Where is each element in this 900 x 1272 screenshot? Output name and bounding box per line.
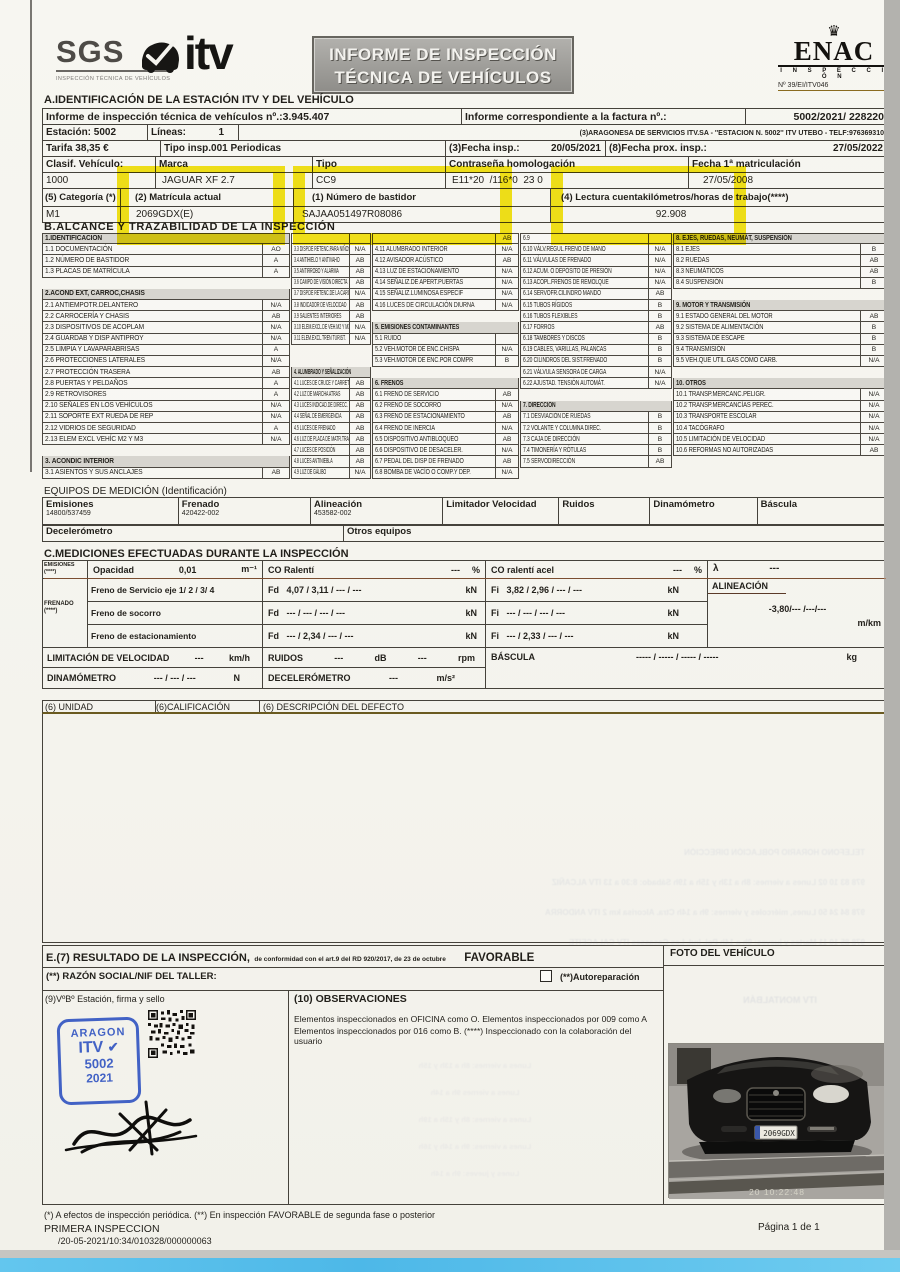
item-label: 3.6 CAMPO DE VISIÓN DIRECTA [294,279,347,286]
table-row: 2.4 GUARDAB Y DISP ANTIPROYN/A [42,334,290,345]
photo-plate-text: 2069GDX [763,1129,795,1138]
equipment-cell: Dinamómetro [649,497,757,526]
table-row: 3.9 SALIENTES INTERIORESAB [291,311,371,322]
ruidos-unit2: rpm [458,653,475,663]
table-row: 2.7 PROTECCIÓN TRASERAAB [42,367,290,378]
co-acel-value: --- [673,565,682,575]
item-result: N/A [648,367,672,378]
table-row: 1.3 PLACAS DE MATRÍCULAA [42,267,290,278]
bleedthrough-line: Lunes y jueves: 9h a 14h [300,1160,650,1187]
co-ralenti-value: --- [451,565,460,575]
spacer-row [673,289,888,300]
item-result: A [262,389,290,400]
spacer-row [673,456,888,467]
dinamometro-label: DINAMÓMETRO [47,673,116,683]
item-label: 6.5 DISPOSITIVO ANTIBLOQUEO [375,436,458,443]
table-row: 6.14 SERVOFR.CILINDRO MANDOAB [520,289,672,300]
freno-estacionamiento-fi-unit: kN [667,631,679,641]
invoice-label: Informe correspondiente a la factura nº.… [461,108,746,125]
co-acel-label: CO ralentí acel [491,565,554,575]
co-acel-cell: CO ralentí acel --- % [485,560,708,579]
defects-descripcion-header: (6) DESCRIPCIÓN DEL DEFECTO [260,701,887,712]
item-result: B [648,434,672,445]
item-label: 2.2 CARROCERÍA Y CHASIS [45,313,129,320]
equipment-id: 14800/537459 [46,510,175,517]
alineacion-value: -3,80/--- /---/--- [708,594,887,614]
lines-value: 1 [218,127,224,138]
item-label: 6.3 FRENO DE ESTACIONAMIENTO [375,413,465,420]
bleedthrough-line: Lunes a viernes: 8h y 15h a 19h [300,1106,650,1133]
table-row: 6.2 FRENO DE SOCORRON/A [372,401,519,412]
spacer-row [520,389,672,400]
station-number: Estación: 5002 [42,124,148,141]
table-row: 6.3 FRENO DE ESTACIONAMIENTOAB [372,412,519,423]
next-inspection-date-label: (8)Fecha prox. insp.: [609,143,707,154]
decelerometro-unit: m/s² [436,673,455,683]
table-row: 7.2 VOLANTE Y COLUMNA DIREC.B [520,423,672,434]
table-row: 1.2 NÚMERO DE BASTIDORA [42,255,290,266]
table-row: 3.7 DISP.DE RETENC.DE LA CARGAN/A [291,289,371,300]
item-result: N/A [349,334,371,345]
alineacion-label: ALINEACIÓN [708,579,786,594]
item-label: 4.7 LUCES DE POSICIÓN [294,447,335,454]
item-result: AB [495,434,519,445]
frenado-tag-stars: (****) [44,608,86,615]
section-e-hline1 [42,967,663,968]
ruidos-value1: --- [334,653,343,663]
table-row: 10.2 TRANSP.MERCANCÍAS PEREC.N/A [673,401,888,412]
observaciones-title: (10) OBSERVACIONES [294,993,407,1005]
item-result: N/A [262,334,290,345]
equipment-name: Dinamómetro [653,499,753,510]
footer-page-number: Página 1 de 1 [758,1222,820,1233]
item-group-title: 5. EMISIONES CONTAMINANTES [375,324,459,331]
table-row: 6.13 ACOPL.FRENOS DE REMOLQUEN/A [520,278,672,289]
table-row: 9.5 VEH.QUE UTIL.GAS COMO CARB.N/A [673,356,888,367]
enac-logo: ♛ ENAC I N S P E C C I Ó N Nº 39/EI/ITV0… [778,24,890,91]
spacer-row [42,278,290,289]
item-label: 3.5 ANTIRROBO Y ALARMA [294,268,339,275]
footer-note: (*) A efectos de inspección periódica. (… [44,1210,435,1220]
item-label: 4.4 SEÑAL DE EMERGENCIA [294,413,341,420]
item-label: 9.1 ESTADO GENERAL DEL MOTOR [676,313,773,320]
bleedthrough-line: Lunes a viernes 9h a 14h [300,1079,650,1106]
item-label: 10.6 REFORMAS NO AUTORIZADAS [676,447,773,454]
item-label: 4.5 LUCES DE FRENADO [294,425,335,432]
item-label: 4.8 LUCES ANTINIEBLA [294,458,333,465]
item-result: AB [349,401,371,412]
table-row: 6.20 CILINDROS DEL SIST.FRENADOB [520,356,672,367]
equipment-cell: Báscula [757,497,888,526]
equipment-table-row2: DecelerómetroOtros equipos [42,525,888,542]
freno-estacionamiento-fi-cell: Fi --- / 2,33 / --- / --- kN [485,624,708,648]
emisiones-tag-stars: (****) [44,569,86,576]
spacer-row [372,311,519,322]
observations-bleedthrough: Lunes a viernes: 8h a 13h y 15hLunes a v… [300,1052,650,1187]
section-header-row: 6. FRENOS [372,378,519,389]
item-result: AB [349,412,371,423]
table-row: 10.5 LIMITACIÓN DE VELOCIDADN/A [673,434,888,445]
photo-column-bleedthrough: ITV MONTALBÁN [690,995,870,1005]
item-result: A [262,423,290,434]
item-label: 6.9 [523,235,530,242]
section-e-hline2 [42,990,663,991]
item-label: 2.12 VIDRIOS DE SEGURIDAD [45,425,136,432]
opacidad-label: Opacidad [93,565,134,575]
item-result: AB [648,456,672,467]
freno-servicio-label-cell: Freno de Servicio eje 1/ 2 / 3/ 4 [87,578,263,602]
item-label: 6.15 TUBOS RÍGIDOS [523,302,572,309]
equipment-name: Ruidos [562,499,646,510]
table-row: 6.21 VÁLVULA SENSORA DE CARGAN/A [520,367,672,378]
item-label: 6.8 BOMBA DE VACÍO O COMP.Y DEP. [375,469,471,476]
table-row: 4.14 SEÑALIZ.DE APERT.PUERTASN/A [372,278,519,289]
item-result [495,334,519,345]
table-row: 2.10 SEÑALES EN LOS VEHÍCULOSN/A [42,401,290,412]
inspection-date-cell: (3)Fecha insp.: 20/05/2021 [445,140,606,157]
freno-estacionamiento-fi-value: Fi --- / 2,33 / --- / --- [491,631,574,641]
item-label: 6.13 ACOPL.FRENOS DE REMOLQUE [523,279,609,286]
equipment-name: Emisiones [46,499,175,510]
item-group-title: 2.ACOND EXT, CARROC,CHASIS [45,290,145,297]
inspection-scope-table: 1.IDENTIFICACION1.1 DOCUMENTACIÓNAO1.2 N… [42,233,888,479]
spacer-row [291,356,371,367]
opacidad-unit: m⁻¹ [241,564,257,575]
item-label: 10.2 TRANSP.MERCANCÍAS PEREC. [676,402,774,409]
table-row: 2.6 PROTECCIONES LATERALESN/A [42,356,290,367]
freno-estacionamiento-fd-unit: kN [465,631,477,641]
itv-inspection-report-scan: SGS INSPECCIÓN TÉCNICA DE VEHÍCULOS itv … [0,0,900,1272]
item-group-title: 3. ACONDIC INTERIOR [45,458,114,465]
table-row: 4.11 ALUMBRADO INTERIORN/A [372,244,519,255]
section-header-row: 3. ACONDIC INTERIOR [42,456,290,467]
table-row: 4.1 LUCES DE CRUCE Y CARRETERAAB [291,378,371,389]
enac-accreditation-number: Nº 39/EI/ITV046 [778,82,890,91]
result-subtitle: de conformidad con el art.9 del RD 920/2… [254,956,445,963]
item-result: N/A [495,289,519,300]
item-result: AB [648,322,672,333]
scanner-background-right [884,0,900,1272]
item-label: 6.21 VÁLVULA SENSORA DE CARGA [523,369,606,376]
item-label: 6.12 ACUM. O DEPÓSITO DE PRESIÓN [523,268,612,275]
table-row: 3.11 ELEM.EXCL.TREN TURIST.N/A [291,334,371,345]
freno-socorro-fd-value: Fd --- / --- / --- / --- [268,608,345,618]
scan-edge-line [30,0,32,472]
alineacion-unit: m/km [708,614,887,628]
item-result: AB [349,445,371,456]
item-result: AB [495,389,519,400]
defects-header-row: (6) UNIDAD (6)CALIFICACIÓN (6) DESCRIPCI… [42,700,888,714]
section-header-row: 9. MOTOR Y TRANSMISIÓN [673,300,888,311]
table-row: 9.4 TRANSMISIÓNB [673,345,888,356]
table-row: 6.11 VÁLVULAS DE FRENADON/A [520,255,672,266]
table-row: 4.4 SEÑAL DE EMERGENCIAAB [291,412,371,423]
item-label: 2.13 ELEM EXCL VEHÍC M2 Y M3 [45,436,143,443]
table-row: 4.3 LUCES INDICAD.DE DIRECC.AB [291,401,371,412]
table-row: 6.15 TUBOS RÍGIDOSB [520,300,672,311]
inspector-signature [62,1092,212,1170]
item-result: AB [262,311,290,322]
co-ralenti-unit: % [472,565,480,575]
spacer-row [673,468,888,479]
item-label: 3.1 ASIENTOS Y SUS ANCLAJES [45,469,142,476]
freno-estacionamiento-fd-cell: Fd --- / 2,34 / --- / --- kN [262,624,486,648]
item-result: AB [349,267,371,278]
next-inspection-date-cell: (8)Fecha prox. insp.: 27/05/2022 [605,140,888,157]
item-label: 4.16 LUCES DE CIRCULACIÓN DIURNA [375,302,474,309]
item-label: 9.5 VEH.QUE UTIL.GAS COMO CARB. [676,357,777,364]
item-result: AB [495,255,519,266]
table-row: 2.13 ELEM EXCL VEHÍC M2 Y M3N/A [42,434,290,445]
inspection-date-value: 20/05/2021 [551,143,601,154]
item-result: N/A [495,445,519,456]
bleedthrough-line: 978 83 10 02 Lunes a viernes: 8h a 13h y… [55,868,865,898]
table-row: 4.9 LUZ DE GÁLIBON/A [291,468,371,479]
item-label: 4.14 SEÑALIZ.DE APERT.PUERTAS [375,279,463,286]
scanner-blue-bar [0,1258,900,1272]
item-label: 9.4 TRANSMISIÓN [676,346,725,353]
item-label: 2.7 PROTECCIÓN TRASERA [45,369,130,376]
autoreparacion-label: (**)Autoreparación [560,972,640,982]
lines-label: Líneas: [151,127,186,138]
defects-calificacion-header: (6)CALIFICACIÓN [156,701,260,712]
item-result: B [648,345,672,356]
section-e-vline-left [288,990,289,1205]
item-label: 1.1 DOCUMENTACIÓN [45,246,112,253]
item-result: A [262,267,290,278]
item-label: 3.4 ANTIHIELO Y ANTIVAHO [294,257,340,264]
item-label: 3.10 ELEM.EXCL.DE VEH.M2 Y M3 [294,324,350,331]
table-row: 2.8 PUERTAS Y PELDAÑOSA [42,378,290,389]
table-row: 4.8 LUCES ANTINIEBLAAB [291,456,371,467]
qr-code [148,1010,196,1058]
table-row: 7.4 TIMONERÍA Y RÓTULASB [520,445,672,456]
item-label: 6.18 TAMBORES Y DISCOS [523,335,585,342]
freno-socorro-fi-value: Fi --- / --- / --- / --- [491,608,565,618]
bleedthrough-line: Lunes a viernes: 8h a 13h y 15h [300,1052,650,1079]
opacidad-cell: Opacidad 0,01 m⁻¹ [87,560,263,579]
freno-servicio-fi-unit: kN [667,585,679,595]
item-result: AB [648,289,672,300]
limitacion-label: LIMITACIÓN DE VELOCIDAD [47,653,169,663]
item-label: 7.5 SERVODIRECCIÓN [523,458,575,465]
item-result: N/A [648,378,672,389]
spacer-row [291,345,371,356]
enac-name: ENAC [778,39,890,63]
table-row: 6.17 FORROSAB [520,322,672,333]
table-row: 4.2 LUZ DE MARCHA ATRASAB [291,389,371,400]
item-result: N/A [262,434,290,445]
item-result: N/A [495,278,519,289]
inspection-column: 3.3 DISP.DE RETENC.PARA NIÑOSN/A3.4 ANTI… [291,233,371,479]
item-label: 8.2 RUEDAS [676,257,709,264]
table-row: 6.6 DISPOSITIVO DE DESACELER.N/A [372,445,519,456]
section-c-title: C.MEDICIONES EFECTUADAS DURANTE LA INSPE… [44,548,349,560]
bascula-label: BÁSCULA [491,652,535,662]
freno-socorro-fi-cell: Fi --- / --- / --- / --- kN [485,601,708,625]
item-label: 6.14 SERVOFR.CILINDRO MANDO [523,290,601,297]
item-label: 6.17 FORROS [523,324,554,331]
ruidos-value2: --- [418,653,427,663]
taller-label: (**) RAZÓN SOCIAL/NIF DEL TALLER: [46,971,217,982]
item-result: N/A [495,244,519,255]
table-row: 7.1 DESVIACIÓN DE RUEDASB [520,412,672,423]
equipment-cell: Alineación453582-002 [310,497,443,526]
item-label: 6.7 PEDAL DEL DISP DE FRENADO [375,458,464,465]
item-group-title: 6. FRENOS [375,380,403,387]
tarifa-cell: Tarifa 38,35 € [42,140,161,157]
table-row: 4.12 AVISADOR ACÚSTICOAB [372,255,519,266]
item-label: 10.4 TACÓGRAFO [676,425,724,432]
spacer-row [42,445,290,456]
item-label: 6.6 DISPOSITIVO DE DESACELER. [375,447,463,454]
table-row: 9.1 ESTADO GENERAL DEL MOTORAB [673,311,888,322]
freno-estacionamiento-fd-value: Fd --- / 2,34 / --- / --- [268,631,354,641]
observaciones-line2: Elementos inspeccionados por 016 como B.… [294,1026,659,1046]
table-row: 4.5 LUCES DE FRENADOAB [291,423,371,434]
result-value: FAVORABLE [464,952,534,964]
item-label: 9.3 SISTEMA DE ESCAPE [676,335,745,342]
itv-logo: itv [184,26,232,80]
co-ralenti-label: CO Ralentí [268,565,314,575]
item-label: 6.22 AJUSTAD. TENSIÓN AUTOMÁT. [523,380,605,387]
item-label: 2.8 PUERTAS Y PELDAÑOS [45,380,128,387]
item-result: AB [349,389,371,400]
item-result: AB [349,300,371,311]
item-label: 2.4 GUARDAB Y DISP ANTIPROY [45,335,144,342]
item-result: AB [349,434,371,445]
freno-socorro-fd-unit: kN [465,608,477,618]
item-label: 5.2 VEH.MOTOR DE ENC.CHISPA [375,346,459,353]
item-result: N/A [495,423,519,434]
table-row: 8.3 NEUMÁTICOSAB [673,267,888,278]
section-header-row: 7. DIRECCIÓN [520,401,672,412]
item-result: B [648,300,672,311]
table-row: 5.2 VEH.MOTOR DE ENC.CHISPAN/A [372,345,519,356]
lines-cell: Líneas: 1 [147,124,239,141]
itv-car-check-icon [138,36,182,74]
item-result: B [648,334,672,345]
table-row: 3.4 ANTIHIELO Y ANTIVAHOAB [291,255,371,266]
table-row: 4.6 LUZ DE PLACA DE MATR.TRAS.AB [291,434,371,445]
item-label: 5.3 VEH.MOTOR DE ENC.POR COMPR [375,357,473,364]
item-result: AB [495,412,519,423]
table-row: 6.5 DISPOSITIVO ANTIBLOQUEOAB [372,434,519,445]
freno-servicio-fd-unit: kN [465,585,477,595]
photo-timestamp: 20 10:22:48 [749,1187,805,1197]
table-row: 3.8 INDICADOR DE VELOCIDADAB [291,300,371,311]
item-result: B [648,356,672,367]
defects-unidad-header: (6) UNIDAD [43,701,156,712]
table-row: 6.4 FRENO DE INERCIAN/A [372,423,519,434]
invoice-number: 5002/2021/ 228220 [745,108,888,125]
table-row: 3.1 ASIENTOS Y SUS ANCLAJESAB [42,468,290,479]
foto-header: FOTO DEL VEHÍCULO [670,948,775,959]
table-row: 10.3 TRANSPORTE ESCOLARN/A [673,412,888,423]
item-result: N/A [349,289,371,300]
equipment-id: 453582-002 [314,510,439,517]
item-label: 2.3 DISPOSITIVOS DE ACOPLAM [45,324,144,331]
opacidad-value: 0,01 [179,565,197,575]
item-result: B [648,445,672,456]
item-label: 3.7 DISP.DE RETENC.DE LA CARGA [294,290,350,297]
item-result: AB [349,278,371,289]
equipment-cell: Limitador Velocidad [442,497,559,526]
table-row: 10.1 TRANSP.MERCANC.PELIGR.N/A [673,389,888,400]
item-label: 10.5 LIMITACIÓN DE VELOCIDAD [676,436,765,443]
item-label: 7.2 VOLANTE Y COLUMNA DIREC. [523,425,601,432]
alineacion-cell: ALINEACIÓN -3,80/--- /---/--- m/km [707,578,888,648]
table-row: 2.2 CARROCERÍA Y CHASISAB [42,311,290,322]
footer-code: /20-05-2021/10:34/010328/000000063 [58,1236,212,1246]
category-label: (5) Categoría (*) [42,188,121,207]
item-group-title: 9. MOTOR Y TRANSMISIÓN [676,302,750,309]
equipment-name: Limitador Velocidad [446,499,555,510]
co-ralenti-cell: CO Ralentí --- % [262,560,486,579]
enac-subtitle: I N S P E C C I Ó N [778,65,890,80]
table-row: 8.2 RUEDASAB [673,255,888,266]
equipment-cell: Otros equipos [343,524,887,542]
item-group-title: 4. ALUMBRADO Y SEÑALIZACIÓN [294,369,351,376]
section-e-divider-foto [663,945,664,1205]
equipment-cell: Emisiones14800/537459 [42,497,179,526]
item-label: 2.5 LIMPIA Y LAVAPARABRISAS [45,346,139,353]
table-row: 10.4 TACÓGRAFON/A [673,423,888,434]
item-label: 4.2 LUZ DE MARCHA ATRAS [294,391,340,398]
table-row: 2.9 RETROVISORESA [42,389,290,400]
report-title-box: INFORME DE INSPECCIÓN TÉCNICA DE VEHÍCUL… [312,36,574,94]
table-row: 3.3 DISP.DE RETENC.PARA NIÑOSN/A [291,244,371,255]
freno-socorro-label-cell: Freno de socorro [87,601,263,625]
bleedthrough-line: Lunes a viernes: 9h a 14h y 16h [300,1133,650,1160]
table-row: 1.1 DOCUMENTACIÓNAO [42,244,290,255]
section-e-title-row: E.(7) RESULTADO DE LA INSPECCIÓN, de con… [46,948,534,966]
item-label: 6.11 VÁLVULAS DE FRENADO [523,257,591,264]
equipment-name: Báscula [761,499,884,510]
freno-servicio-fd-value: Fd 4,07 / 3,11 / --- / --- [268,585,362,595]
scanner-background-bottom [0,1250,900,1258]
table-row: 6.22 AJUSTAD. TENSIÓN AUTOMÁT.N/A [520,378,672,389]
equipment-name: Frenado [182,499,307,510]
bascula-unit: kg [846,652,857,662]
table-row: 6.19 CABLES, VARILLAS, PALANCASB [520,345,672,356]
item-group-title: 10. OTROS [676,380,706,387]
scan-artifact-line [44,578,886,579]
decelerometro-label: DECELERÓMETRO [268,673,351,683]
item-result: N/A [495,468,519,479]
table-row: 3.6 CAMPO DE VISIÓN DIRECTAAB [291,278,371,289]
section-a-title: A.IDENTIFICACIÓN DE LA ESTACIÓN ITV Y DE… [44,94,354,106]
equipment-id: 420422-002 [182,510,307,517]
equipment-section-title: EQUIPOS DE MEDICIÓN (Identificación) [44,486,227,497]
item-label: 10.1 TRANSP.MERCANC.PELIGR. [676,391,766,398]
lambda-label: λ [713,563,719,574]
item-label: 4.11 ALUMBRADO INTERIOR [375,246,448,253]
item-label: 4.9 LUZ DE GÁLIBO [294,469,326,476]
spacer-row [673,367,888,378]
item-label: 8.4 SUSPENSIÓN [676,279,723,286]
table-row: 5.1 RUIDO [372,334,519,345]
item-label: 3.3 DISP.DE RETENC.PARA NIÑOS [294,246,350,253]
item-result: AB [349,255,371,266]
emisiones-tag: EMISIONES [44,562,86,569]
limitacion-value: --- [195,653,204,663]
item-label: 7.1 DESVIACIÓN DE RUEDAS [523,413,590,420]
item-result: N/A [648,255,672,266]
scanned-paper: SGS INSPECCIÓN TÉCNICA DE VEHÍCULOS itv … [0,0,884,1252]
item-label: 6.1 FRENO DE SERVICIO [375,391,439,398]
lambda-cell: λ --- [707,560,888,579]
